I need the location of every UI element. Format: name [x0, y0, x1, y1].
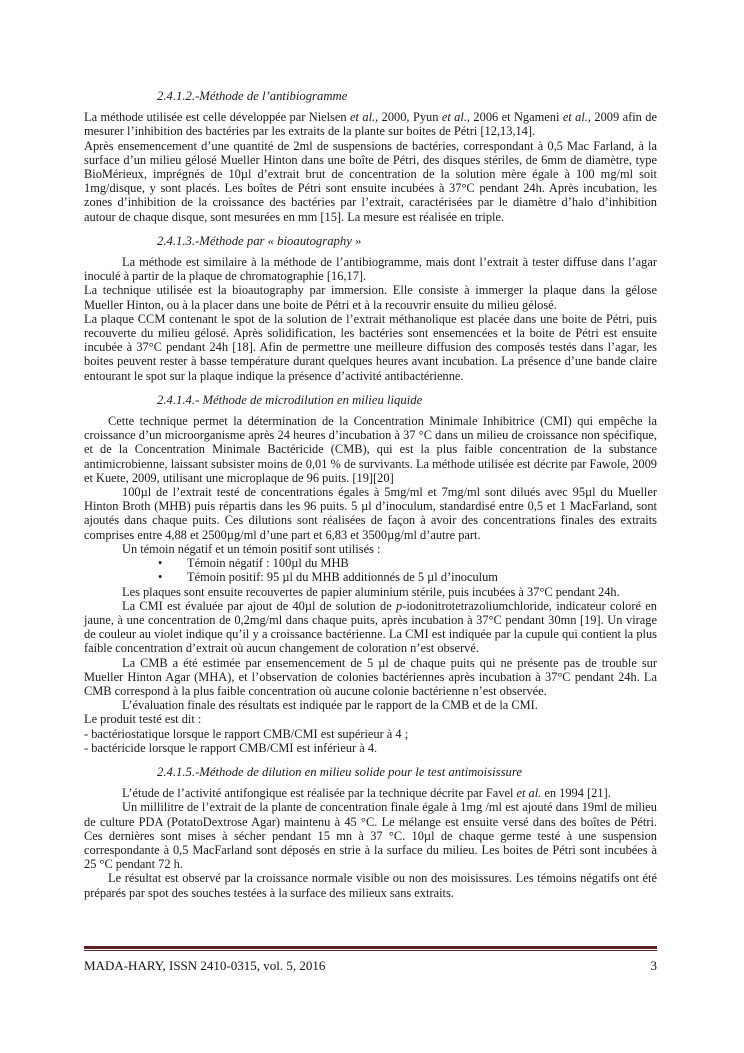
paragraph: Le résultat est observé par la croissanc…	[84, 871, 657, 899]
paragraph: La plaque CCM contenant le spot de la so…	[84, 312, 657, 383]
paragraph: - bactériostatique lorsque le rapport CM…	[84, 727, 657, 741]
paragraph: La technique utilisée est la bioautograp…	[84, 283, 657, 311]
paragraph: La méthode est similaire à la méthode de…	[84, 255, 657, 283]
paragraph: Le produit testé est dit :	[84, 712, 657, 726]
page-body: 2.4.1.2.-Méthode de l’antibiogramme La m…	[84, 89, 657, 900]
document-page: 2.4.1.2.-Méthode de l’antibiogramme La m…	[0, 0, 744, 1053]
section-heading: 2.4.1.3.-Méthode par « bioautography »	[157, 234, 657, 248]
paragraph: - bactéricide lorsque le rapport CMB/CMI…	[84, 741, 657, 755]
paragraph: La CMB a été estimée par ensemencement d…	[84, 656, 657, 699]
paragraph: Après ensemencement d’une quantité de 2m…	[84, 139, 657, 224]
page-footer: MADA-HARY, ISSN 2410-0315, vol. 5, 2016 …	[84, 946, 657, 973]
paragraph: Un millilitre de l’extrait de la plante …	[84, 800, 657, 871]
section-heading: 2.4.1.5.-Méthode de dilution en milieu s…	[157, 765, 657, 779]
bullet-icon: •	[158, 556, 187, 570]
paragraph: Les plaques sont ensuite recouvertes de …	[84, 585, 657, 599]
paragraph: L’étude de l’activité antifongique est r…	[84, 786, 657, 800]
list-item-text: Témoin positif: 95 µl du MHB additionnés…	[187, 570, 498, 584]
paragraph: La CMI est évaluée par ajout de 40µl de …	[84, 599, 657, 656]
footer-rule	[84, 946, 657, 949]
paragraph: La méthode utilisée est celle développée…	[84, 110, 657, 138]
bullet-icon: •	[158, 570, 187, 584]
paragraph: Un témoin négatif et un témoin positif s…	[84, 542, 657, 556]
paragraph: L’évaluation finale des résultats est in…	[84, 698, 657, 712]
footer-rule-thin	[84, 950, 657, 951]
section-heading: 2.4.1.4.- Méthode de microdilution en mi…	[157, 393, 657, 407]
section-heading: 2.4.1.2.-Méthode de l’antibiogramme	[157, 89, 657, 103]
list-item: • Témoin positif: 95 µl du MHB additionn…	[84, 570, 657, 584]
list-item: • Témoin négatif : 100µl du MHB	[84, 556, 657, 570]
page-number: 3	[651, 958, 658, 973]
list-item-text: Témoin négatif : 100µl du MHB	[187, 556, 349, 570]
journal-line: MADA-HARY, ISSN 2410-0315, vol. 5, 2016	[84, 958, 325, 973]
paragraph: Cette technique permet la détermination …	[84, 414, 657, 485]
paragraph: 100µl de l’extrait testé de concentratio…	[84, 485, 657, 542]
